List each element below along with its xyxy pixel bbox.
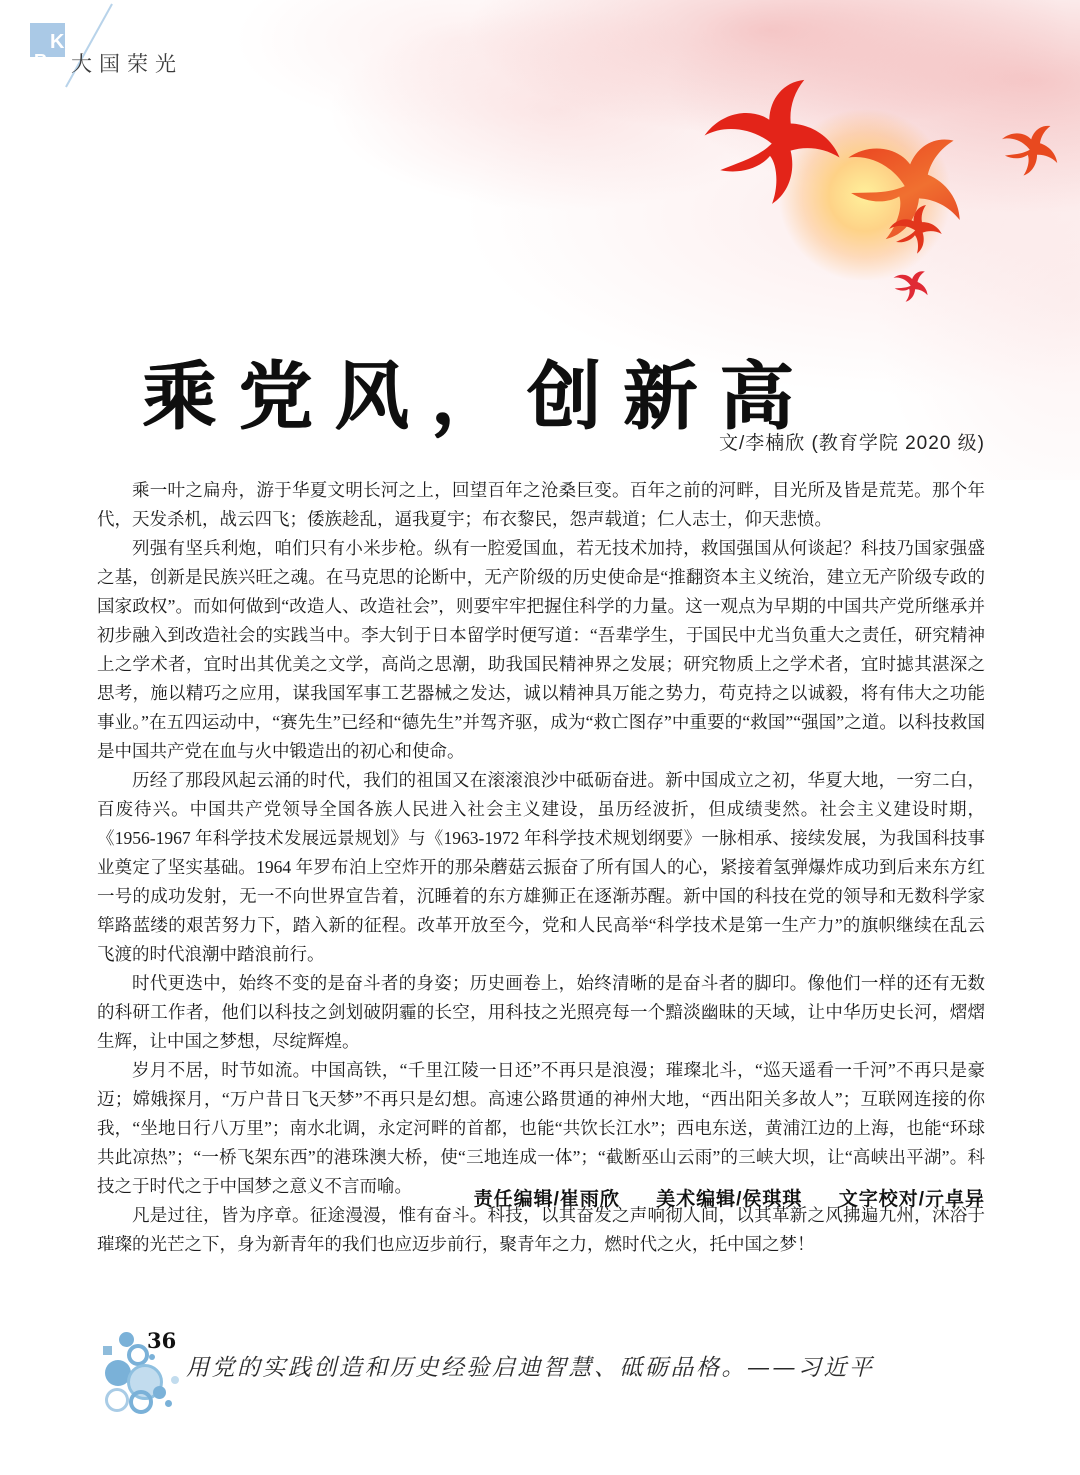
kr-logo-icon: K R xyxy=(30,23,65,57)
bird-icon xyxy=(816,107,988,286)
paragraph: 时代更迭中，始终不变的是奋斗者的身姿；历史画卷上，始终清晰的是奋斗者的脚印。像他… xyxy=(97,969,985,1056)
paragraph: 乘一叶之扁舟，游于华夏文明长河之上，回望百年之沧桑巨变。百年之前的河畔，目光所及… xyxy=(97,476,985,534)
paragraph: 历经了那段风起云涌的时代，我们的祖国又在滚滚浪沙中砥砺奋进。新中国成立之初，华夏… xyxy=(97,766,985,969)
ornament-dot xyxy=(129,1390,153,1414)
magazine-page: K R 大国荣光 乘党风，创新高 文/李楠欣 (教育学院 2020 级) 乘一叶… xyxy=(0,0,1080,1475)
page-number: 36 xyxy=(147,1328,176,1353)
ornament-dot xyxy=(153,1386,166,1399)
magazine-section-label: 大国荣光 xyxy=(71,48,183,78)
paragraph: 列强有坚兵利炮，咱们只有小米步枪。纵有一腔爱国血，若无技术加持，救国强国从何谈起… xyxy=(97,534,985,766)
sun-glow-icon xyxy=(780,110,950,280)
credit-proofreader: 文字校对/亓卓异 xyxy=(839,1189,985,1210)
logo-letter-k: K xyxy=(50,31,64,54)
credit-responsible-editor: 责任编辑/崔雨欣 xyxy=(474,1189,620,1210)
article-byline: 文/李楠欣 (教育学院 2020 级) xyxy=(719,428,985,455)
bird-icon xyxy=(690,71,855,241)
ornament-dot xyxy=(127,1344,149,1366)
logo-letter-r: R xyxy=(34,51,47,72)
ornament-dot xyxy=(165,1400,172,1407)
credit-art-editor: 美术编辑/侯琪琪 xyxy=(656,1189,802,1210)
ornament-dot xyxy=(149,1354,155,1360)
ornament-dot xyxy=(171,1376,179,1384)
bird-icon xyxy=(986,117,1072,193)
bird-icon xyxy=(884,264,936,314)
paragraph: 岁月不居，时节如流。中国高铁，“千里江陵一日还”不再只是浪漫；璀璨北斗，“巡天遥… xyxy=(97,1056,985,1201)
masthead: K R 大国荣光 xyxy=(28,8,258,118)
ornament-dot xyxy=(105,1388,129,1412)
bird-icon xyxy=(881,201,950,269)
article-body: 乘一叶之扁舟，游于华夏文明长河之上，回望百年之沧桑巨变。百年之前的河畔，目光所及… xyxy=(97,476,985,1259)
ornament-square xyxy=(103,1346,112,1355)
footer-quote: 用党的实践创造和历史经验启迪智慧、砥砺品格。——习近平 xyxy=(186,1349,875,1382)
editor-credits: 责任编辑/崔雨欣 美术编辑/侯琪琪 文字校对/亓卓异 xyxy=(474,1184,985,1211)
